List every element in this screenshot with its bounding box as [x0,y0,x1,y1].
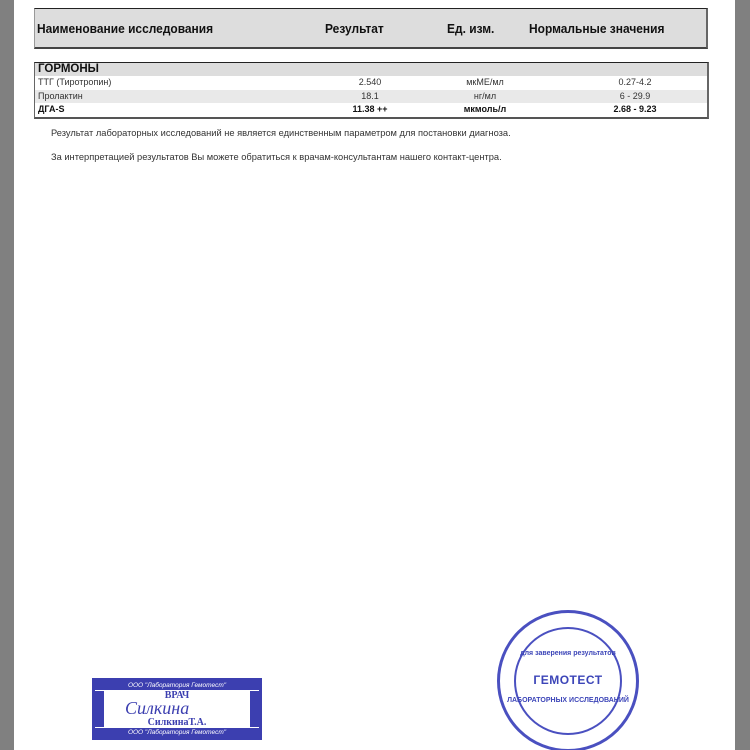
disclaimer-note: Результат лабораторных исследований не я… [51,128,511,138]
seal-top-text: для заверения результатов [500,649,636,658]
document-page: Наименование исследования Результат Ед. … [14,0,735,750]
test-name: ДГА-S [38,104,64,114]
stamp-org-bottom: ООО "Лаборатория Гемотест" [95,728,259,737]
test-result: 2.540 [330,77,410,87]
test-unit: нг/мл [440,91,530,101]
table-row: Пролактин 18.1 нг/мл 6 - 29.9 [35,90,707,104]
group-title: ГОРМОНЫ [38,63,99,75]
group-row: ГОРМОНЫ [35,63,707,76]
contact-note: За интерпретацией результатов Вы можете … [51,152,502,162]
test-norm: 0.27-4.2 [580,77,690,87]
test-result: 18.1 [330,91,410,101]
header-unit: Ед. изм. [447,21,494,36]
test-name: ТТГ (Тиротропин) [38,77,111,87]
header-test-name: Наименование исследования [37,21,213,36]
test-norm: 2.68 - 9.23 [580,104,690,114]
table-row: ДГА-S 11.38 ++ мкмоль/л 2.68 - 9.23 [35,103,707,117]
doctor-stamp: ООО "Лаборатория Гемотест" ВРАЧ Силкина … [92,678,262,740]
signature: Силкина [125,698,189,719]
test-norm: 6 - 29.9 [580,91,690,101]
results-table-header: Наименование исследования Результат Ед. … [34,8,708,49]
seal-bottom-text: ЛАБОРАТОРНЫХ ИССЛЕДОВАНИЙ [500,696,636,706]
test-name: Пролактин [38,91,83,101]
results-table: ГОРМОНЫ ТТГ (Тиротропин) 2.540 мкМЕ/мл 0… [34,62,709,119]
test-result: 11.38 ++ [330,104,410,114]
header-norm: Нормальные значения [529,21,664,36]
test-unit: мкМЕ/мл [440,77,530,87]
lab-seal: для заверения результатов ГЕМОТЕСТ ЛАБОР… [497,610,639,750]
table-row: ТТГ (Тиротропин) 2.540 мкМЕ/мл 0.27-4.2 [35,76,707,90]
doctor-name: СилкинаТ.А. [95,717,259,728]
seal-brand: ГЕМОТЕСТ [500,673,636,687]
stamp-org-top: ООО "Лаборатория Гемотест" [95,681,259,690]
test-unit: мкмоль/л [440,104,530,114]
header-result: Результат [325,21,384,36]
